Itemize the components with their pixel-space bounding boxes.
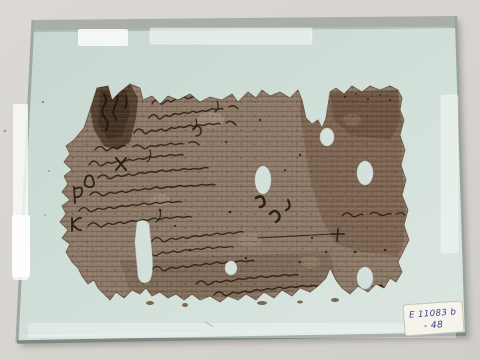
mounting-tape-top-left bbox=[78, 29, 128, 46]
artifact-photo: E 11083 b - 48 bbox=[0, 0, 480, 360]
papyrus-fragment bbox=[55, 78, 415, 308]
mounting-tape-top bbox=[150, 28, 312, 44]
inventory-label: E 11083 b - 48 bbox=[403, 301, 464, 336]
mounting-tape-left-tip bbox=[12, 215, 30, 277]
papyrus-surface bbox=[55, 78, 415, 308]
photo-canvas: E 11083 b - 48 bbox=[0, 0, 480, 360]
mounting-tape-bottom bbox=[28, 323, 456, 338]
inventory-number-line2: - 48 bbox=[423, 319, 443, 331]
mounting-tape-right bbox=[441, 95, 458, 253]
